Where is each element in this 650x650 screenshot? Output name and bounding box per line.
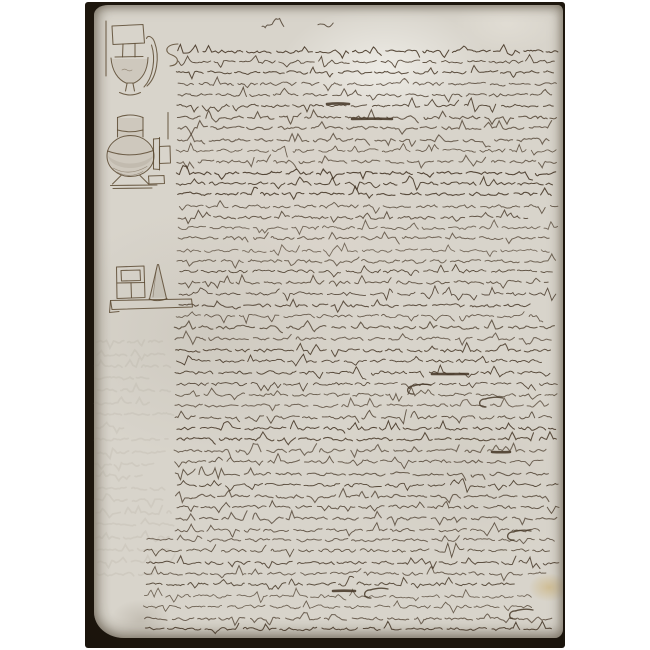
parchment-page <box>94 5 563 638</box>
manuscript-photo <box>85 2 565 648</box>
